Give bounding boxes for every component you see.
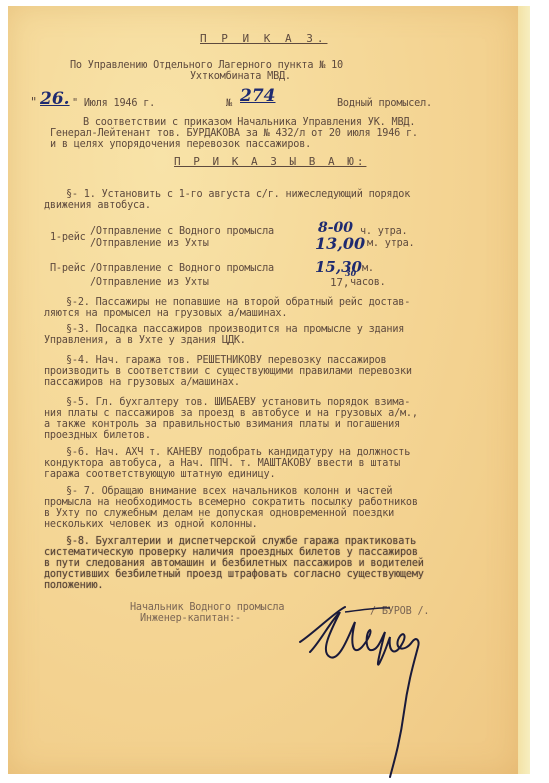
preamble-3: и в целях упорядочения перевозок пассажи… bbox=[50, 139, 311, 150]
signature-icon bbox=[290, 602, 450, 782]
s5-line-2: ния платы с пассажиров за проезд в автоб… bbox=[44, 408, 418, 419]
s5-line-4: проездных билетов. bbox=[44, 430, 151, 441]
s1-line-2: движения автобуса. bbox=[44, 200, 151, 211]
s8-line-4: допустивших безбилетный проезд штрафоват… bbox=[44, 569, 424, 580]
s6-line-3: гаража соответствующую штатную единицу. bbox=[44, 469, 275, 480]
schedule-route: /Отправление с Водного промысла bbox=[90, 263, 274, 274]
s7-line-1: §- 7. Обращаю внимание всех начальников … bbox=[66, 486, 392, 497]
number-prefix: № bbox=[226, 98, 232, 109]
s5-line-1: §-5. Гл. бухгалтеру тов. ШИБАЕВУ установ… bbox=[66, 397, 410, 408]
schedule-time: 13,00 bbox=[315, 234, 365, 253]
s3-line-1: §-3. Посадка пассажиров производится на … bbox=[66, 324, 404, 335]
s7-line-2: промысла на необходимость всемерно сокра… bbox=[44, 497, 418, 508]
document-title: П Р И К А З. bbox=[200, 33, 327, 44]
s1-line-1: §- 1. Установить с 1-го августа с/г. ниж… bbox=[66, 189, 410, 200]
schedule-route: /Отправление с Водного промысла bbox=[90, 226, 274, 237]
s6-line-2: кондуктора автобуса, а Нач. ППЧ. т. МАШТ… bbox=[44, 458, 400, 469]
s3-line-2: Управления, а в Ухте у здания ЦДК. bbox=[44, 335, 246, 346]
schedule-suffix: м. утра. bbox=[367, 238, 414, 249]
header-line-1: По Управлению Отдельного Лагерного пункт… bbox=[70, 60, 343, 71]
schedule-route: /Отправление из Ухты bbox=[90, 277, 209, 288]
date-month-year: " Июля 1946 г. bbox=[72, 98, 155, 109]
signoff-title-1: Начальник Водного промысла bbox=[130, 602, 284, 613]
trip-label: 1-рейс bbox=[50, 232, 86, 243]
preamble-2: Генерал-Лейтенант тов. БУРДАКОВА за № 43… bbox=[50, 128, 418, 139]
s4-line-1: §-4. Нач. гаража тов. РЕШЕТНИКОВУ перево… bbox=[66, 355, 386, 366]
s8-line-3: в пути следования автомашин и безбилетны… bbox=[44, 558, 424, 569]
s7-line-3: в Ухту по служебным делам не допуская од… bbox=[44, 508, 394, 519]
s8-line-5: положению. bbox=[44, 580, 103, 591]
s4-line-2: производить в соответствии с существующи… bbox=[44, 366, 412, 377]
s2-line-2: ляются на промысел на грузовых а/машинах… bbox=[44, 308, 287, 319]
s6-line-1: §-6. Нач. АХЧ т. КАНЕВУ подобрать кандид… bbox=[66, 447, 410, 458]
signoff-title-2: Инженер-капитан:- bbox=[140, 613, 241, 624]
preamble-1: В соответствии с приказом Начальника Упр… bbox=[83, 117, 415, 128]
trip-label: П-рейс bbox=[50, 263, 86, 274]
s8-line-2: систематическую проверку наличия проездн… bbox=[44, 547, 418, 558]
schedule-suffix: часов. bbox=[350, 277, 386, 288]
order-number: 274 bbox=[240, 86, 276, 106]
s7-line-4: нескольких человек из одной колонны. bbox=[44, 519, 258, 530]
date-day: 26. bbox=[40, 89, 70, 109]
schedule-suffix: м. bbox=[362, 263, 374, 274]
place: Водный промысел. bbox=[337, 98, 432, 109]
header-line-2: Ухткомбината МВД. bbox=[190, 71, 291, 82]
schedule-suffix: ч. утра. bbox=[360, 226, 407, 237]
schedule-time: 17, bbox=[330, 277, 349, 288]
paper-edge bbox=[518, 6, 530, 774]
order-heading: П Р И К А З Ы В А Ю: bbox=[174, 156, 366, 167]
s5-line-3: а также контроль за правильностью взиман… bbox=[44, 419, 400, 430]
schedule-route: /Отправление из Ухты bbox=[90, 238, 209, 249]
s2-line-1: §-2. Пассажиры не попавшие на второй обр… bbox=[66, 297, 410, 308]
s8-line-1: §-8. Бухгалтерии и диспетчерской службе … bbox=[66, 536, 416, 547]
s4-line-3: пассажиров на грузовых а/машинах. bbox=[44, 377, 240, 388]
